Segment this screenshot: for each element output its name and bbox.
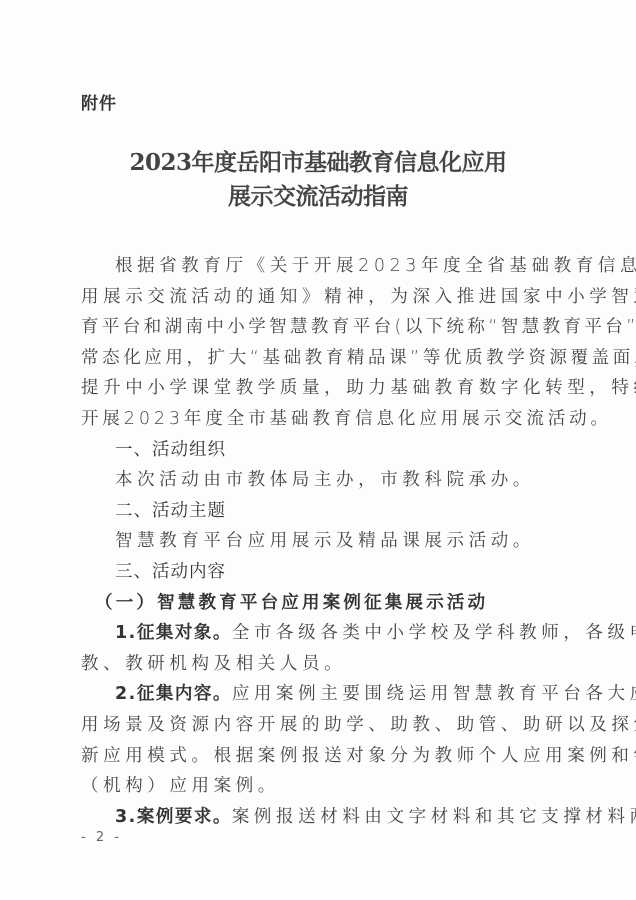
item-2-line: （机构）应用案例。 xyxy=(81,771,551,802)
intro-paragraph-line: 用展示交流活动的通知》精神，为深入推进国家中小学智慧教 xyxy=(81,282,551,313)
item-2-line: 用场景及资源内容开展的助学、助教、助管、助研以及探索创 xyxy=(81,710,551,741)
intro-paragraph-line: 提升中小学课堂教学质量，助力基础教育数字化转型，特组织 xyxy=(81,373,551,404)
item-1-line: 教、教研机构及相关人员。 xyxy=(81,649,551,680)
item-3-line: 3.案例要求。案例报送材料由文字材料和其它支撑材料两 xyxy=(81,802,551,833)
item-1-line: 1.征集对象。全市各级各类中小学校及学科教师，各级电 xyxy=(81,618,551,649)
intro-paragraph-line: 育平台和湖南中小学智慧教育平台(以下统称“智慧教育平台”) xyxy=(81,312,551,343)
intro-paragraph-line: 根据省教育厅《关于开展2023年度全省基础教育信息化应 xyxy=(81,251,551,282)
item-2-label: 2.征集内容。 xyxy=(115,684,232,704)
section-3-heading: 三、活动内容 xyxy=(81,557,551,588)
document-body: 根据省教育厅《关于开展2023年度全省基础教育信息化应 用展示交流活动的通知》精… xyxy=(81,251,551,832)
section-2-text: 智慧教育平台应用展示及精品课展示活动。 xyxy=(81,526,551,557)
item-2-line: 新应用模式。根据案例报送对象分为教师个人应用案例和学校 xyxy=(81,741,551,772)
section-3-subheading: （一）智慧教育平台应用案例征集展示活动 xyxy=(81,588,551,619)
page-number: - 2 - xyxy=(81,830,122,845)
item-1-label: 1.征集对象。 xyxy=(115,623,232,643)
intro-paragraph-line: 开展2023年度全市基础教育信息化应用展示交流活动。 xyxy=(81,404,551,435)
item-3-text: 案例报送材料由文字材料和其它支撑材料两 xyxy=(232,807,636,827)
document-page: 附件 2023年度岳阳市基础教育信息化应用 展示交流活动指南 根据省教育厅《关于… xyxy=(0,0,636,900)
attachment-label: 附件 xyxy=(81,89,117,114)
section-1-heading: 一、活动组织 xyxy=(81,435,551,466)
item-1-text: 全市各级各类中小学校及学科教师，各级电 xyxy=(232,623,636,643)
section-1-text: 本次活动由市教体局主办，市教科院承办。 xyxy=(81,465,551,496)
document-title-line-2: 展示交流活动指南 xyxy=(0,180,636,214)
section-2-heading: 二、活动主题 xyxy=(81,496,551,527)
intro-paragraph-line: 常态化应用，扩大“基础教育精品课”等优质教学资源覆盖面， xyxy=(81,343,551,374)
item-2-line: 2.征集内容。应用案例主要围绕运用智慧教育平台各大应 xyxy=(81,679,551,710)
item-3-label: 3.案例要求。 xyxy=(115,807,232,827)
document-title-line-1: 2023年度岳阳市基础教育信息化应用 xyxy=(0,146,636,180)
item-2-text: 应用案例主要围绕运用智慧教育平台各大应 xyxy=(232,684,636,704)
